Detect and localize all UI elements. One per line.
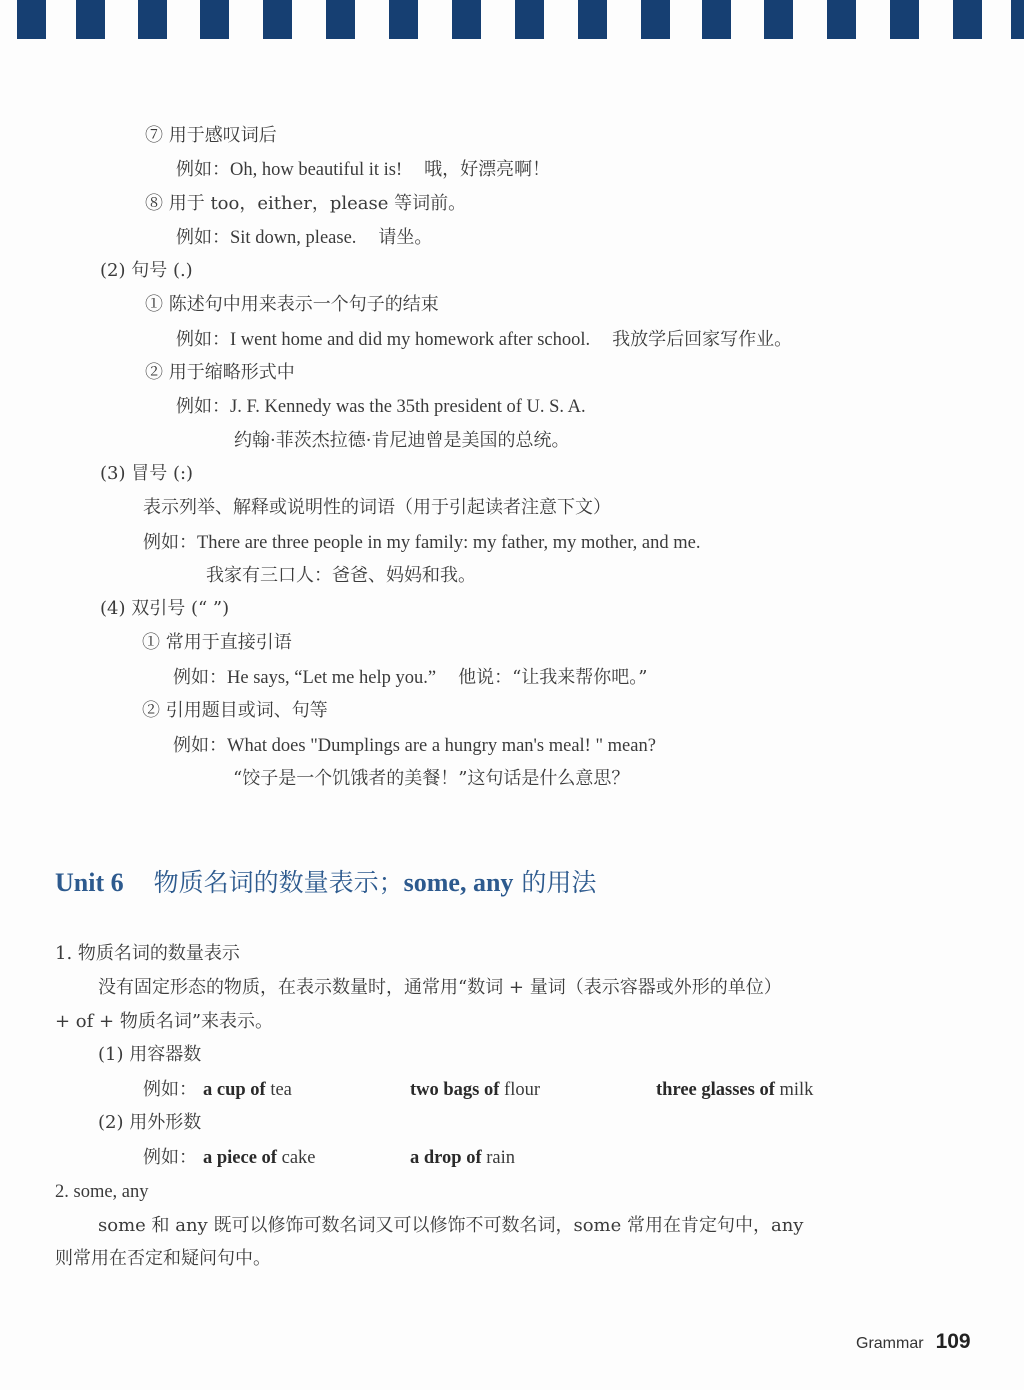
example-item: a drop of rain xyxy=(410,1146,515,1170)
section-name: Grammar xyxy=(856,1335,924,1352)
example-prefix: 例如： xyxy=(176,159,230,180)
item7-example: 例如：Oh, how beautiful it is!哦，好漂亮啊！ xyxy=(176,158,550,182)
example-prefix: 例如： xyxy=(173,735,227,756)
unit-title-en: some, any xyxy=(404,868,514,897)
period-item2-label: ② 用于缩略形式中 xyxy=(145,361,295,385)
header-stripe xyxy=(641,0,670,39)
colon-heading: (3) 冒号 (:) xyxy=(100,462,193,486)
header-stripe xyxy=(76,0,105,39)
example-en: He says, “Let me help you.” xyxy=(227,668,436,688)
section2-para-line2: 则常用在否定和疑问句中。 xyxy=(55,1247,271,1271)
example-item: a piece of cake xyxy=(203,1146,316,1170)
header-stripe-band xyxy=(0,0,1024,40)
section1-para-line2: + of + 物质名词”来表示。 xyxy=(55,1010,273,1034)
item7-label: ⑦ 用于感叹词后 xyxy=(145,124,277,148)
example-item: three glasses of milk xyxy=(656,1078,813,1102)
example-en: Oh, how beautiful it is! xyxy=(230,160,402,180)
period-item1-example: 例如：I went home and did my homework after… xyxy=(176,328,792,352)
example-prefix: 例如： xyxy=(173,667,227,688)
section1-para-line1: 没有固定形态的物质，在表示数量时，通常用“数词 + 量词（表示容器或外形的单位） xyxy=(98,976,782,1000)
sub2-examples: 例如： a piece of cake a drop of rain xyxy=(143,1146,943,1170)
sub2-heading: (2) 用外形数 xyxy=(98,1111,201,1135)
item8-label: ⑧ 用于 too，either，please 等词前。 xyxy=(145,192,466,216)
example-prefix: 例如： xyxy=(176,329,230,350)
period-heading: (2) 句号 (.) xyxy=(100,259,193,283)
header-stripe xyxy=(263,0,292,39)
quotes-item2-label: ② 引用题目或词、句等 xyxy=(142,699,328,723)
unit-number: Unit 6 xyxy=(55,868,124,897)
quotes-item2-example: 例如：What does "Dumplings are a hungry man… xyxy=(173,734,656,758)
page-number: 109 xyxy=(936,1330,971,1353)
colon-translation: 我家有三口人：爸爸、妈妈和我。 xyxy=(206,564,476,588)
sub1-examples: 例如： a cup of tea two bags of flour three… xyxy=(143,1078,943,1102)
example-en: What does "Dumplings are a hungry man's … xyxy=(227,736,656,756)
unit-heading: Unit 6物质名词的数量表示；some, any 的用法 xyxy=(55,866,596,900)
example-prefix: 例如： xyxy=(143,1147,197,1168)
header-stripe xyxy=(1011,0,1024,39)
example-en: J. F. Kennedy was the 35th president of … xyxy=(230,397,586,417)
example-en: I went home and did my homework after sc… xyxy=(230,330,590,350)
header-stripe xyxy=(702,0,731,39)
example-en: There are three people in my family: my … xyxy=(197,533,700,553)
example-zh: 哦，好漂亮啊！ xyxy=(424,159,550,180)
header-stripe xyxy=(200,0,229,39)
example-prefix: 例如： xyxy=(143,1079,197,1100)
header-stripe xyxy=(764,0,793,39)
unit-title-zh1: 物质名词的数量表示； xyxy=(154,868,404,897)
quotes-item2-translation: “饺子是一个饥饿者的美餐！”这句话是什么意思？ xyxy=(233,767,629,791)
header-stripe xyxy=(326,0,355,39)
quotes-item1-example: 例如：He says, “Let me help you.”他说：“让我来帮你吧… xyxy=(173,666,648,690)
header-stripe xyxy=(953,0,982,39)
sub1-heading: (1) 用容器数 xyxy=(98,1043,201,1067)
example-zh: 我放学后回家写作业。 xyxy=(612,329,792,350)
example-prefix: 例如： xyxy=(176,227,230,248)
section2-heading: 2. some, any xyxy=(55,1180,149,1204)
example-item: a cup of tea xyxy=(203,1078,292,1102)
section1-heading: 1. 物质名词的数量表示 xyxy=(55,942,240,966)
page-footer: Grammar109 xyxy=(856,1330,971,1354)
item8-example: 例如：Sit down, please.请坐。 xyxy=(176,226,432,250)
period-item2-translation: 约翰·菲茨杰拉德·肯尼迪曾是美国的总统。 xyxy=(234,429,569,453)
unit-title-zh2: 的用法 xyxy=(513,868,596,897)
period-item2-example: 例如：J. F. Kennedy was the 35th president … xyxy=(176,395,586,419)
colon-desc: 表示列举、解释或说明性的词语（用于引起读者注意下文） xyxy=(143,496,611,520)
quotes-item1-label: ① 常用于直接引语 xyxy=(142,631,292,655)
header-stripe xyxy=(827,0,856,39)
colon-example: 例如：There are three people in my family: … xyxy=(143,531,700,555)
example-prefix: 例如： xyxy=(143,532,197,553)
header-stripe xyxy=(138,0,167,39)
example-zh: 请坐。 xyxy=(378,227,432,248)
example-en: Sit down, please. xyxy=(230,228,356,248)
section2-para-line1: some 和 any 既可以修饰可数名词又可以修饰不可数名词，some 常用在肯… xyxy=(98,1214,803,1238)
period-item1-label: ① 陈述句中用来表示一个句子的结束 xyxy=(145,293,439,317)
header-stripe xyxy=(389,0,418,39)
header-stripe xyxy=(17,0,46,39)
example-prefix: 例如： xyxy=(176,396,230,417)
example-zh: 他说：“让我来帮你吧。” xyxy=(458,667,647,688)
header-stripe xyxy=(578,0,607,39)
header-stripe xyxy=(890,0,919,39)
header-stripe xyxy=(515,0,544,39)
header-stripe xyxy=(452,0,481,39)
example-item: two bags of flour xyxy=(410,1078,540,1102)
quotes-heading: (4) 双引号 (“ ”) xyxy=(100,597,229,621)
